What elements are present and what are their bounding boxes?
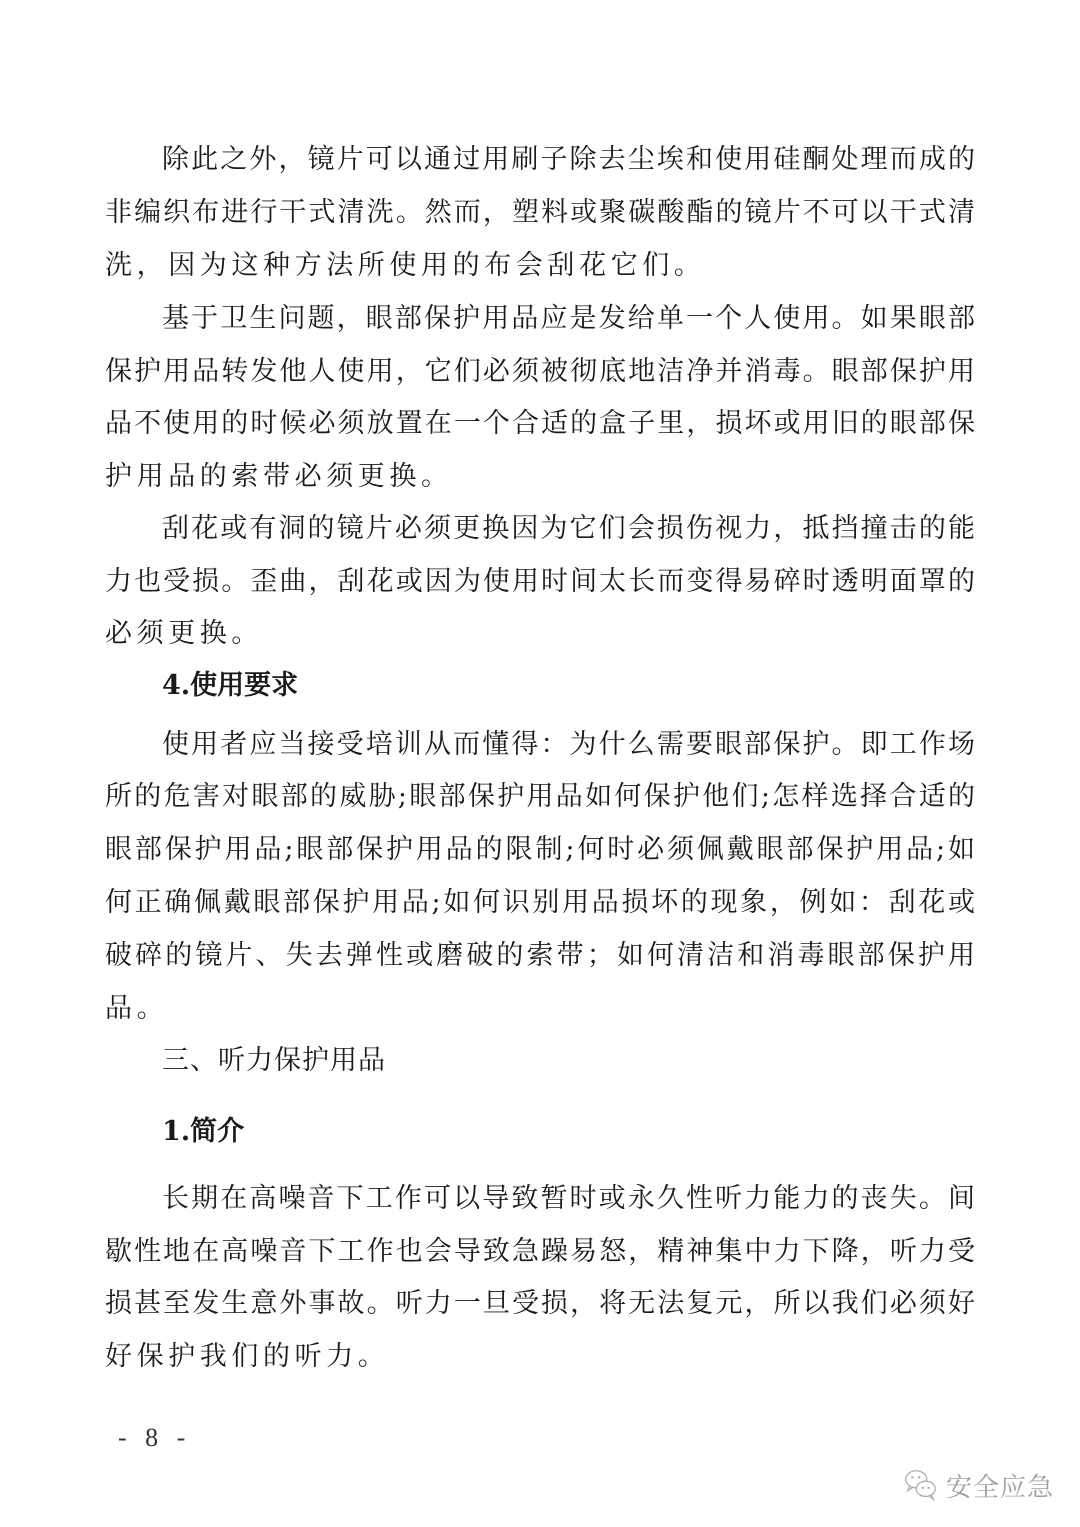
paragraph-3-line-2: 力也受损。歪曲，刮花或因为使用时间太长而变得易碎时透明面罩的	[105, 556, 975, 608]
paragraph-2-line-3: 品不使用的时候必须放置在一个合适的盒子里，损坏或用旧的眼部保	[105, 398, 975, 450]
paragraph-2-line-4: 护用品的索带必须更换。	[105, 451, 975, 503]
paragraph-5-line-2: 歇性地在高噪音下工作也会导致急躁易怒，精神集中力下降，听力受	[105, 1226, 975, 1278]
paragraph-4-line-1: 使用者应当接受培训从而懂得：为什么需要眼部保护。即工作场	[162, 719, 975, 771]
watermark: 安全应急	[902, 1460, 1054, 1510]
paragraph-4-line-5: 破碎的镜片、失去弹性或磨破的索带；如何清洁和消毒眼部保护用	[105, 930, 975, 982]
paragraph-2-line-1: 基于卫生问题，眼部保护用品应是发给单一个人使用。如果眼部	[162, 293, 975, 345]
paragraph-4-line-4: 何正确佩戴眼部保护用品;如何识别用品损坏的现象，例如：刮花或	[105, 877, 975, 929]
paragraph-5-line-1: 长期在高噪音下工作可以导致暂时或永久性听力能力的丧失。间	[162, 1173, 975, 1225]
paragraph-3-line-3: 必须更换。	[105, 608, 975, 660]
subheading-usage-requirements: 4.使用要求	[162, 660, 298, 712]
paragraph-5-line-4: 好保护我们的听力。	[105, 1331, 975, 1383]
paragraph-5-line-3: 损甚至发生意外事故。听力一旦受损，将无法复元，所以我们必须好	[105, 1278, 975, 1330]
section-heading-hearing-protection: 三、听力保护用品	[162, 1035, 386, 1087]
paragraph-2-line-2: 保护用品转发他人使用，它们必须被彻底地洁净并消毒。眼部保护用	[105, 346, 975, 398]
watermark-text: 安全应急	[946, 1467, 1054, 1504]
paragraph-3-line-1: 刮花或有洞的镜片必须更换因为它们会损伤视力，抵挡撞击的能	[162, 503, 975, 555]
wechat-icon	[902, 1466, 940, 1504]
paragraph-1-line-2: 非编织布进行干式清洗。然而，塑料或聚碳酸酯的镜片不可以干式清	[105, 187, 975, 239]
subheading-introduction: 1.简介	[162, 1106, 244, 1158]
paragraph-1-line-1: 除此之外，镜片可以通过用刷子除去尘埃和使用硅酮处理而成的	[162, 134, 975, 186]
paragraph-4-line-6: 品。	[105, 983, 975, 1035]
page-number: - 8 -	[118, 1418, 191, 1458]
paragraph-1-line-3: 洗，因为这种方法所使用的布会刮花它们。	[105, 240, 975, 292]
document-page: 除此之外，镜片可以通过用刷子除去尘埃和使用硅酮处理而成的 非编织布进行干式清洗。…	[0, 0, 1080, 1527]
paragraph-4-line-3: 眼部保护用品;眼部保护用品的限制;何时必须佩戴眼部保护用品;如	[105, 824, 975, 876]
paragraph-4-line-2: 所的危害对眼部的威胁;眼部保护用品如何保护他们;怎样选择合适的	[105, 771, 975, 823]
